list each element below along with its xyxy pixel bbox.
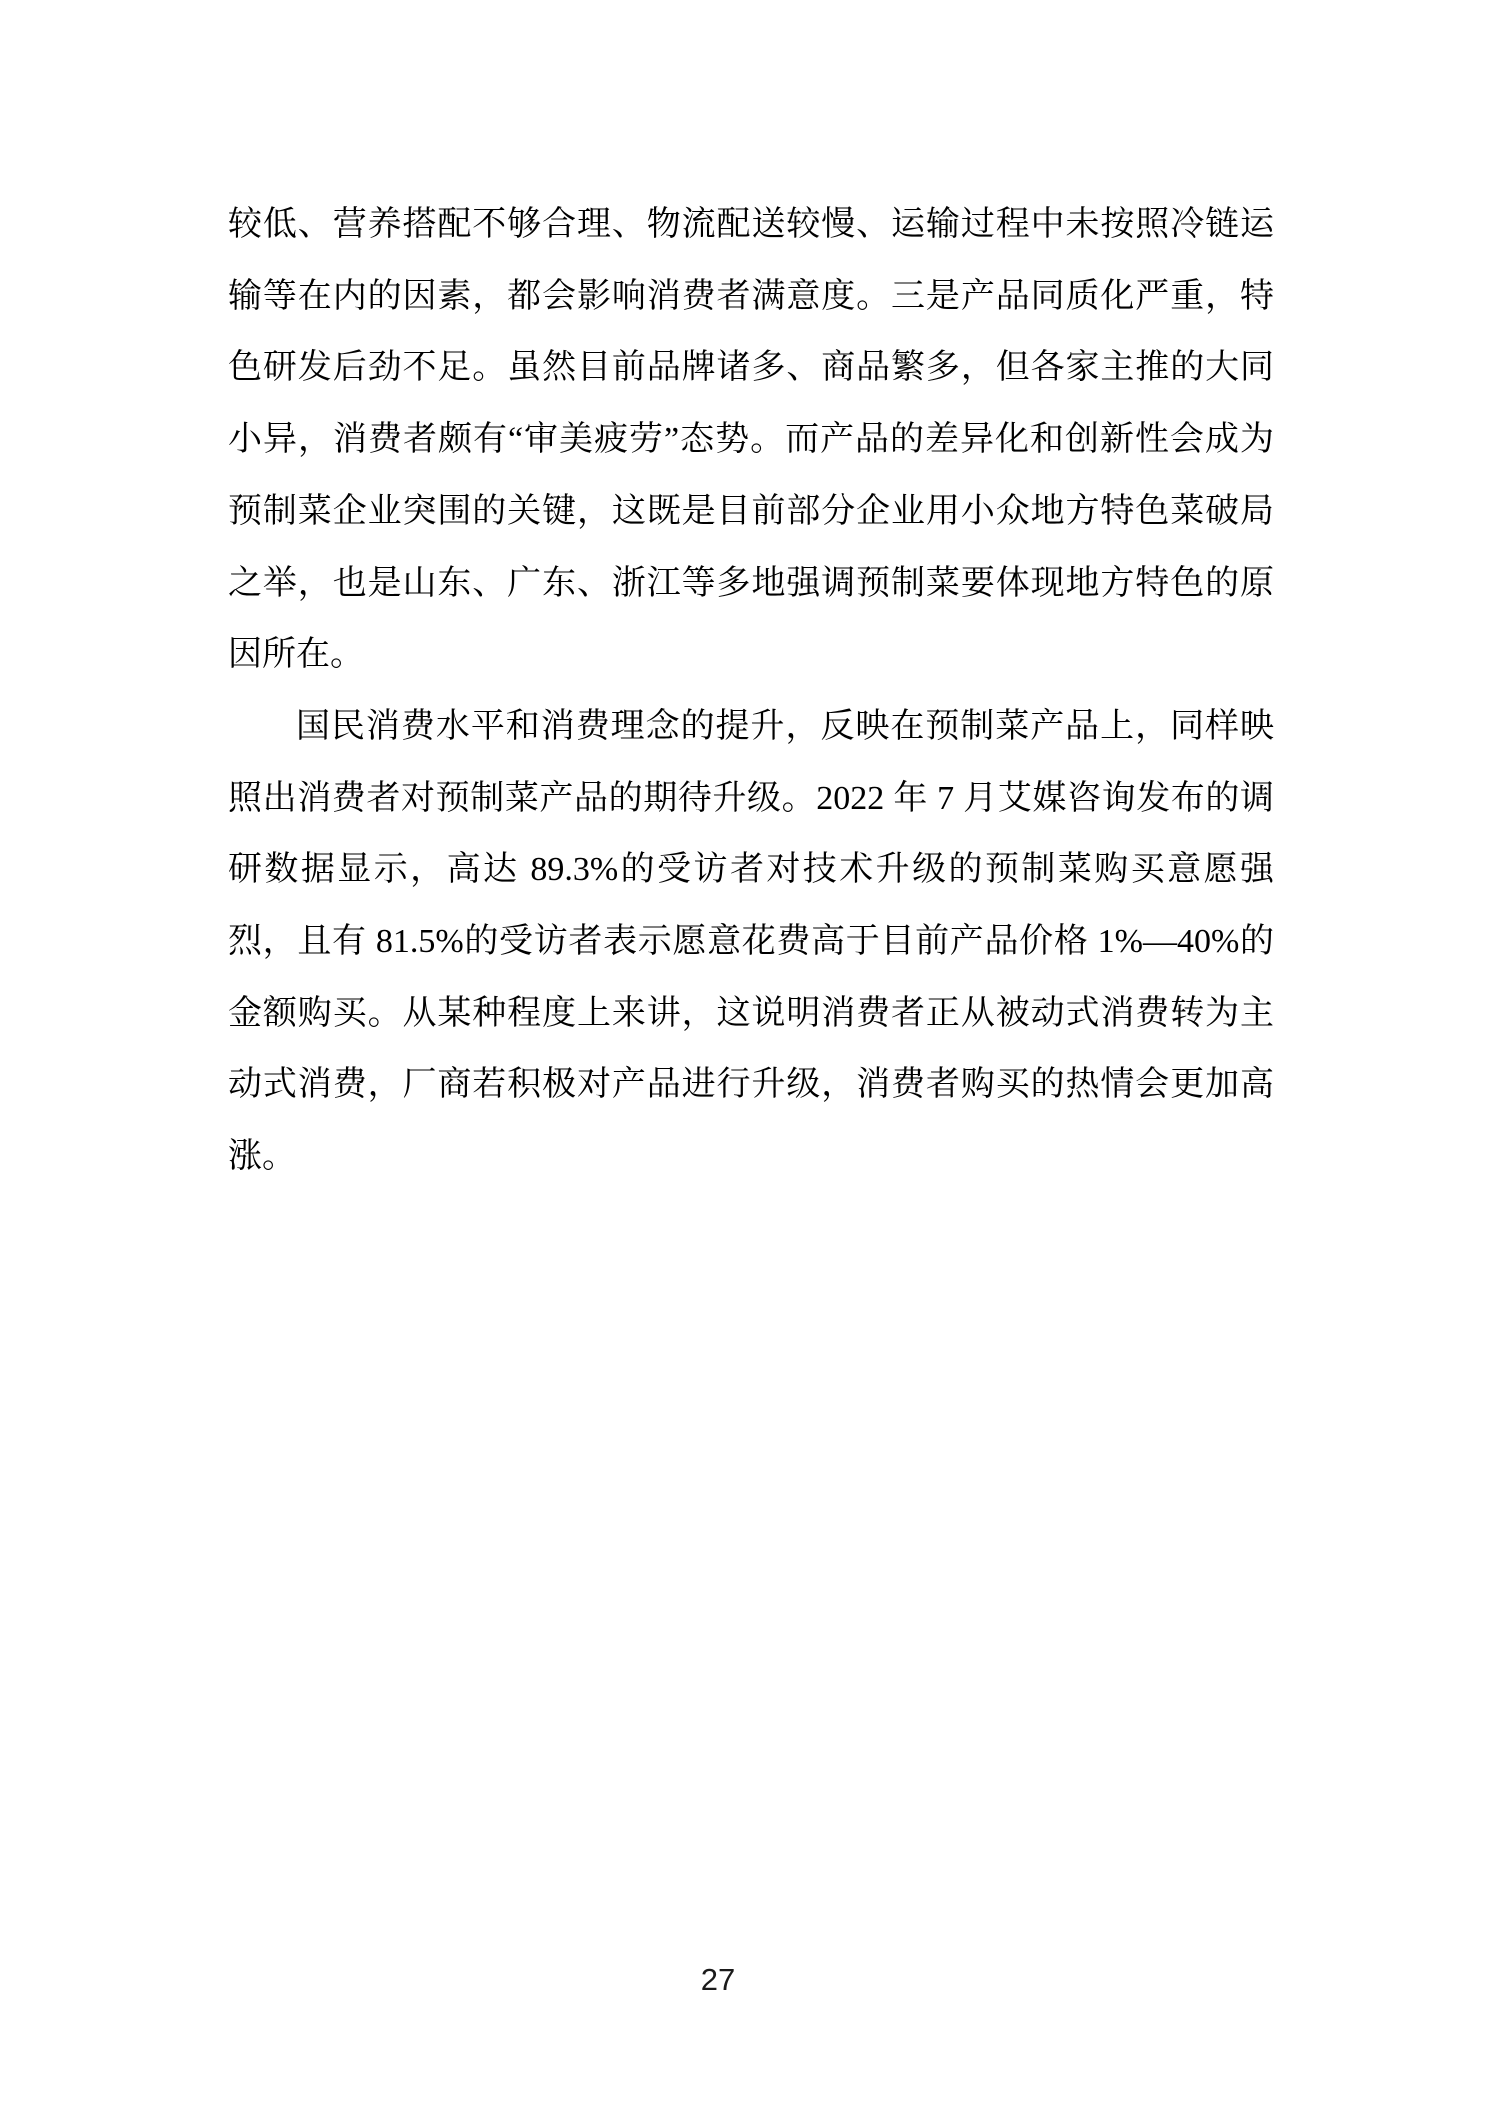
page-number: 27: [0, 1962, 1436, 1998]
page-body-text: 较低、营养搭配不够合理、物流配送较慢、运输过程中未按照冷链运输等在内的因素，都会…: [228, 189, 1274, 1193]
body-paragraph: 较低、营养搭配不够合理、物流配送较慢、运输过程中未按照冷链运输等在内的因素，都会…: [228, 189, 1274, 691]
document-page: 较低、营养搭配不够合理、物流配送较慢、运输过程中未按照冷链运输等在内的因素，都会…: [0, 0, 1500, 2121]
body-paragraph: 国民消费水平和消费理念的提升，反映在预制菜产品上，同样映照出消费者对预制菜产品的…: [228, 691, 1274, 1193]
